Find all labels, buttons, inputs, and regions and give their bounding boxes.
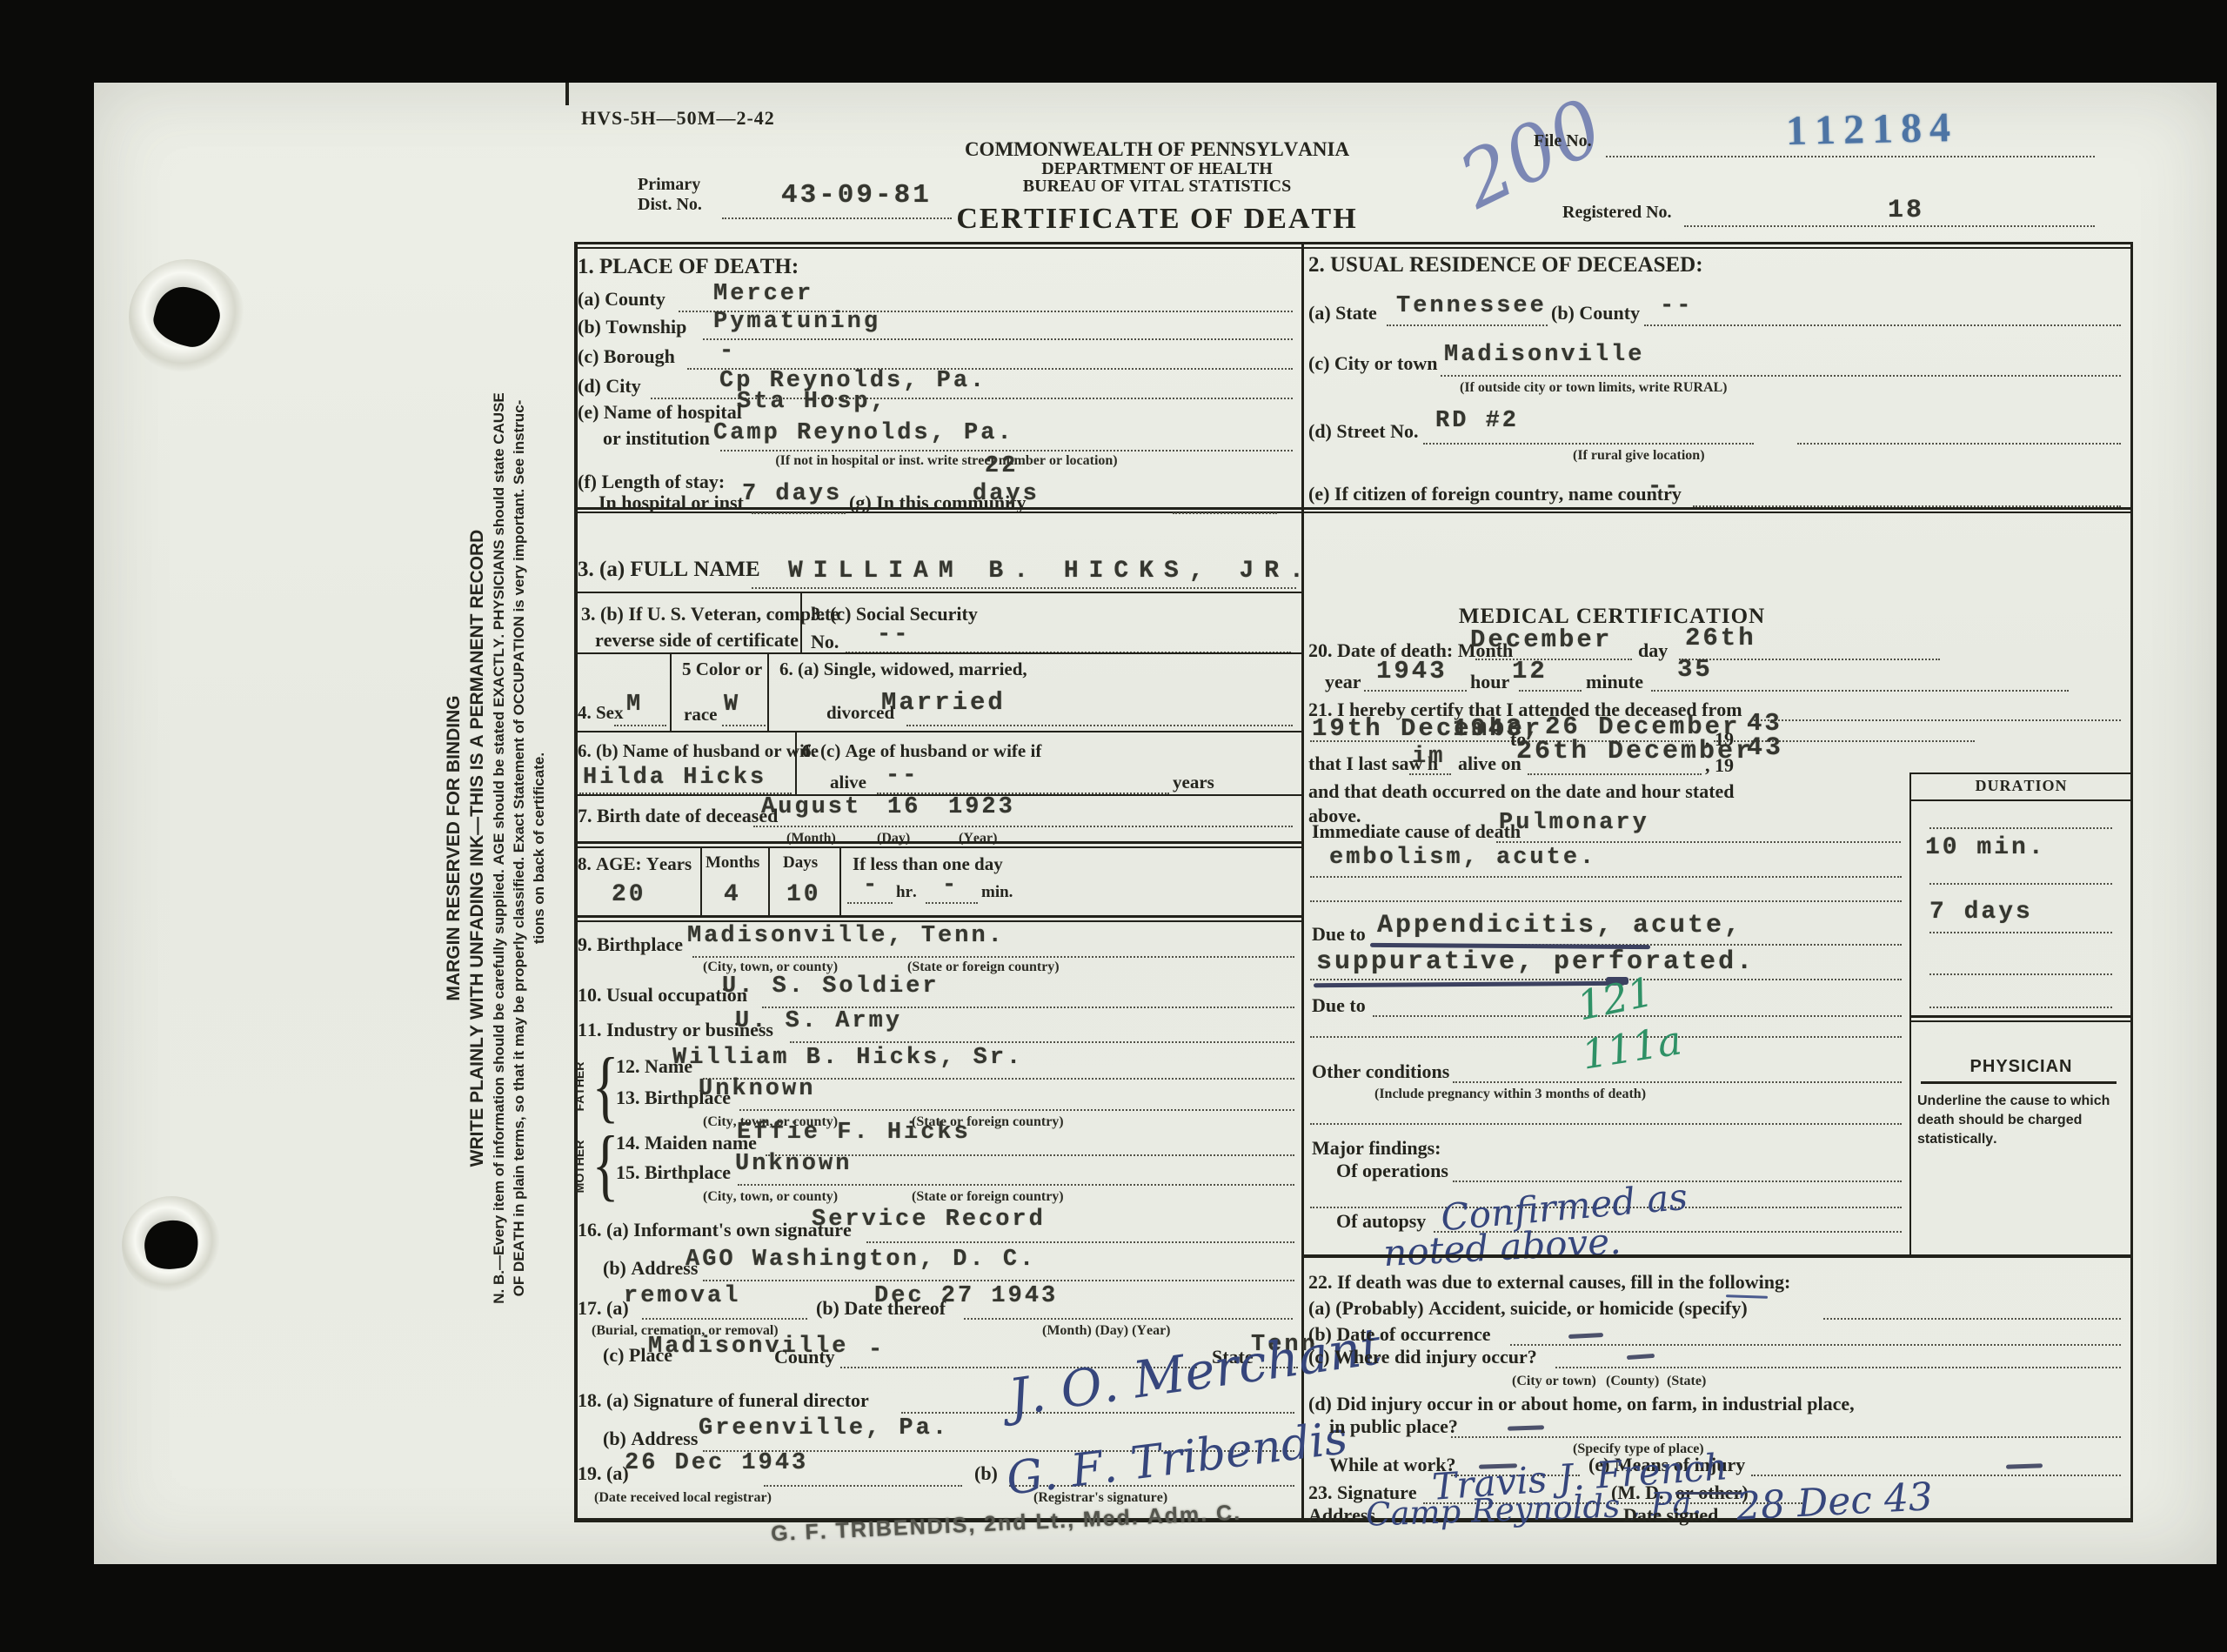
place-stay-label: (f) Length of stay: [578, 471, 725, 493]
med-death-year: 1943 [1376, 657, 1448, 686]
marital-label-1: 6. (a) Single, widowed, married, [779, 659, 1027, 680]
rule [574, 731, 1301, 732]
pen-dash [1568, 1333, 1603, 1339]
rule [1909, 1015, 2133, 1018]
rule [866, 1241, 1294, 1243]
mother-side-label: MOTHER [572, 1132, 586, 1201]
rule [1693, 505, 2121, 507]
residence-street-value: RD #2 [1435, 408, 1519, 434]
external-c-note-1: (City or town) [1512, 1374, 1596, 1389]
certificate-title: CERTIFICATE OF DEATH [887, 203, 1427, 236]
rule [2130, 242, 2133, 1522]
form-code: HVS-5H—50M—2-42 [581, 107, 775, 130]
age-hr-dash: - [863, 873, 879, 899]
director-address-label: (b) Address [603, 1428, 698, 1450]
rule [839, 848, 841, 915]
disposal-county-label: County [774, 1346, 835, 1368]
place-township-label: (b) Township [578, 316, 686, 338]
rule [738, 1184, 1294, 1186]
physician-note: Underline the cause to which death shoul… [1917, 1092, 2128, 1149]
age-months-label: Months [706, 853, 759, 873]
immediate-cause-label: Immediate cause of death [1312, 820, 1521, 843]
registrar-name-stamp: G. F. TRIBENDIS, 2nd Lt., Med. Adm. C. [771, 1501, 1242, 1548]
rule [739, 1109, 1294, 1111]
birthplace-label: 9. Birthplace [578, 933, 683, 956]
rule [700, 848, 702, 915]
rule [1441, 375, 2121, 377]
place-title: 1. PLACE OF DEATH: [578, 255, 799, 279]
rule [574, 242, 578, 1522]
rule [768, 848, 770, 915]
other-conditions-label: Other conditions [1312, 1060, 1449, 1083]
external-title: 22. If death was due to external causes,… [1308, 1271, 1790, 1294]
due-to-2-label: Due to [1312, 994, 1366, 1017]
registrar-date-label: 19. (a) [578, 1462, 629, 1485]
immediate-cause-value-1: Pulmonary [1499, 810, 1649, 836]
rule [574, 652, 1301, 654]
race-value: W [724, 692, 740, 718]
fullname-value: WILLIAM B. HICKS, JR. [788, 558, 1314, 585]
duration-immediate: 10 min. [1925, 834, 2046, 861]
autopsy-label: Of autopsy [1336, 1210, 1426, 1233]
rule [1173, 512, 1277, 514]
rule [1451, 1436, 2121, 1438]
rule [795, 732, 797, 794]
place-hospital-value2: Camp Reynolds, Pa. [713, 420, 1014, 446]
rule [1751, 719, 2121, 721]
rule [964, 1318, 1293, 1320]
birthdate-label: 7. Birth date of deceased [578, 805, 778, 827]
rule [1921, 1081, 2117, 1084]
med-day-label: day [1638, 639, 1668, 662]
med-death-hour: 12 [1512, 657, 1548, 686]
industry-value: U. S. Army [735, 1008, 902, 1034]
duration-header: DURATION [1909, 777, 2133, 795]
rule [670, 654, 672, 732]
registered-no-label: Registered No. [1562, 203, 1672, 223]
margin-line: WRITE PLAINLY WITH UNFADING INK—THIS IS … [465, 126, 489, 1570]
race-label-1: 5 Color or [682, 659, 762, 680]
med-year-label: year [1325, 671, 1361, 693]
father-birthplace-value: Unknown [699, 1076, 815, 1102]
rule [1929, 883, 2112, 885]
rule [574, 846, 1301, 848]
pen-dash [1508, 1425, 1544, 1430]
rule [1909, 772, 2133, 774]
rule [1823, 1318, 2121, 1320]
place-community-unit: days [973, 481, 1040, 507]
race-label-2: race [684, 704, 717, 726]
rule [1606, 156, 2095, 157]
margin-line: N. B.—Every item of information should b… [489, 126, 509, 1570]
rule [703, 338, 1293, 340]
rule [1751, 1475, 2121, 1476]
due-to-1-label: Due to [1312, 923, 1366, 946]
place-community-num: 22 [985, 453, 1018, 479]
scanned-death-certificate: MARGIN RESERVED FOR BINDING WRITE PLAINL… [0, 0, 2227, 1652]
rule [1496, 841, 1901, 843]
med-occurred-line: and that death occurred on the date and … [1308, 780, 1735, 803]
rule [1387, 324, 1548, 326]
med-saw-label-2: alive on [1458, 752, 1521, 775]
disposal-a-value: removal [624, 1283, 740, 1309]
rule [1644, 324, 2121, 326]
margin-line: MARGIN RESERVED FOR BINDING [442, 126, 465, 1570]
father-name-value: William B. Hicks, Sr. [672, 1045, 1023, 1071]
rule [692, 956, 1294, 958]
disposal-county-dash: - [868, 1337, 885, 1363]
rule [752, 512, 846, 514]
residence-county-label: (b) County [1551, 302, 1640, 324]
place-borough-value: - [719, 338, 736, 365]
age-min-dash: - [942, 873, 959, 899]
med-death-minute: 35 [1677, 655, 1713, 684]
rule [614, 725, 666, 726]
mother-birthplace-label: 15. Birthplace [616, 1161, 731, 1184]
rule [767, 654, 769, 732]
rule [574, 507, 2133, 510]
med-saw-year: 43 [1747, 733, 1783, 763]
rule [1929, 932, 2112, 933]
external-d-label-2: in public place? [1329, 1415, 1458, 1438]
residence-state-label: (a) State [1308, 302, 1377, 324]
informant-address-label: (b) Address [603, 1257, 698, 1280]
rule [1929, 1007, 2112, 1008]
spouse-age-value: -- [886, 763, 919, 789]
rule [1453, 1081, 1902, 1083]
disposal-a-label: 17. (a) [578, 1297, 629, 1320]
birthdate-year: 1923 [948, 794, 1015, 820]
age-months: 4 [724, 881, 741, 908]
rule [1909, 799, 2133, 801]
med-saw-him: im [1412, 744, 1445, 770]
informant-signature-label: 16. (a) Informant's own signature [578, 1219, 852, 1241]
ssn-label-2: No. [811, 631, 839, 653]
spouse-value: Hilda Hicks [583, 765, 766, 791]
residence-city-note: (If outside city or town limits, write R… [1460, 380, 1728, 396]
external-c-note-2: (County) [1606, 1374, 1659, 1389]
rule [1423, 443, 1754, 445]
registered-no-value: 18 [1888, 196, 1924, 225]
age-days-label: Days [783, 853, 818, 873]
spouse-label: 6. (b) Name of husband or wife [578, 740, 819, 762]
due-to-1-value-b: suppurative, perforated. [1316, 947, 1755, 977]
rule [574, 592, 1301, 593]
file-no-label: File No. [1534, 131, 1592, 151]
rule [574, 247, 2133, 249]
registrar-sig-note: (Registrar's signature) [1033, 1490, 1167, 1506]
pen-dash [1627, 1354, 1655, 1360]
med-minute-label: minute [1586, 671, 1643, 693]
residence-street-label: (d) Street No. [1308, 420, 1418, 443]
birthplace-value: Madisonville, Tenn. [687, 923, 1005, 949]
rule [703, 1280, 1294, 1281]
rule [1301, 1254, 2133, 1258]
med-death-day: 26th [1685, 624, 1756, 652]
veteran-label-2: reverse side of certificate [595, 629, 799, 652]
residence-city-label: (c) City or town [1308, 352, 1437, 375]
duration-due1: 7 days [1929, 899, 2033, 926]
age-min-label: min. [981, 883, 1013, 902]
rule [574, 841, 1301, 844]
marital-value: Married [881, 688, 1006, 717]
informant-signature-value: Service Record [812, 1207, 1046, 1233]
rule [574, 794, 1301, 796]
mother-brace: { [592, 1118, 619, 1210]
sex-value: M [626, 692, 643, 718]
margin-line: tions on back of certificate. [529, 126, 549, 1570]
margin-line: OF DEATH in plain terms, so that it may … [509, 126, 529, 1570]
place-stay-hosp-label: In hospital or inst [599, 492, 744, 514]
rule [1310, 900, 1902, 902]
rule [1510, 1344, 2121, 1346]
dist-no-label: Dist. No. [638, 195, 702, 215]
mother-name-value: Effie F. Hicks [737, 1120, 971, 1146]
place-hospital-label2: or institution [603, 427, 710, 450]
place-county-label: (a) County [578, 288, 665, 311]
rule [1528, 773, 1702, 775]
mother-birthplace-value: Unknown [735, 1151, 852, 1177]
immediate-cause-value-2: embolism, acute. [1329, 845, 1596, 871]
rule [1519, 690, 1582, 692]
father-side-label: FATHER [572, 1052, 586, 1121]
residence-street-note: (If rural give location) [1573, 448, 1705, 464]
major-findings-label: Major findings: [1312, 1137, 1441, 1160]
fullname-label: 3. (a) FULL NAME [578, 558, 760, 582]
rule [1909, 1020, 2133, 1022]
mother-birthplace-note-1: (City, town, or county) [703, 1189, 838, 1205]
director-address-value: Greenville, Pa. [699, 1415, 949, 1441]
rule [720, 450, 1293, 451]
age-hr-label: hr. [896, 883, 917, 902]
place-borough-label: (c) Borough [578, 345, 675, 368]
certificate-paper: MARGIN RESERVED FOR BINDING WRITE PLAINL… [94, 83, 2217, 1564]
green-code-1: 121 [1573, 967, 1657, 1029]
director-signature-label: 18. (a) Signature of funeral director [578, 1389, 869, 1412]
rule [1555, 1367, 2121, 1368]
rule [1929, 973, 2112, 975]
registrar-sig-label: (b) [974, 1462, 998, 1485]
rule [906, 725, 1293, 726]
disposal-date-value: Dec 27 1943 [874, 1283, 1058, 1309]
rule [1684, 225, 2095, 227]
birthdate-note-month: (Month) [786, 831, 836, 846]
bureau-line: BUREAU OF VITAL STATISTICS [913, 177, 1401, 197]
birthdate-day: 16 [887, 794, 920, 820]
age-label: 8. AGE: Years [578, 853, 692, 875]
med-death-month: December [1470, 625, 1612, 654]
primary-label: Primary [638, 175, 700, 195]
rule [764, 1485, 962, 1487]
residence-title: 2. USUAL RESIDENCE OF DECEASED: [1308, 253, 1703, 278]
file-no-value: 112184 [1785, 104, 1958, 155]
cert-date-label: Date signed [1623, 1504, 1718, 1527]
rule [753, 826, 1293, 827]
age-days: 10 [786, 881, 821, 908]
rule [1651, 690, 2069, 692]
place-county-value: Mercer [713, 281, 813, 307]
external-c-label: (c) Where did injury occur? [1308, 1346, 1537, 1368]
rule [642, 1318, 807, 1320]
edge-mark [565, 83, 569, 105]
disposal-date-note: (Month) (Day) (Year) [1042, 1323, 1171, 1339]
age-years: 20 [612, 881, 646, 908]
rule [790, 1041, 1294, 1043]
external-b-label: (b) Date of occurrence [1308, 1323, 1491, 1346]
physician-header: PHYSICIAN [1909, 1057, 2133, 1077]
med-hour-label: hour [1470, 671, 1509, 693]
place-stay-hosp-value: 7 days [742, 481, 842, 507]
spouse-age-unit: years [1173, 772, 1214, 793]
occupation-value: U. S. Soldier [722, 973, 940, 1000]
rule [574, 920, 1301, 922]
rule [1679, 659, 1940, 660]
rule [800, 593, 802, 652]
registrar-date-note: (Date received local registrar) [594, 1490, 772, 1506]
commonwealth-line: COMMONWEALTH OF PENNSYLVANIA [913, 138, 1401, 161]
ssn-value: -- [877, 622, 910, 648]
residence-foreign-value: -- [1648, 474, 1681, 500]
rule [1409, 773, 1451, 775]
rule [847, 902, 893, 904]
rule [722, 725, 766, 726]
rule [574, 915, 1301, 918]
place-hospital-value1: Sta Hosp, [737, 389, 887, 415]
spouse-age-label-1: 6. (c) Age of husband or wife if [802, 740, 1041, 762]
operations-label: Of operations [1336, 1160, 1448, 1182]
due-to-1-value-a: Appendicitis, acute, [1377, 911, 1742, 940]
external-c-note-3: (State) [1667, 1374, 1706, 1389]
rule [926, 902, 978, 904]
med-19-label-b: , 19 [1705, 754, 1734, 777]
residence-county-value: -- [1660, 293, 1693, 319]
binding-margin-text: MARGIN RESERVED FOR BINDING WRITE PLAINL… [442, 117, 572, 1562]
informant-address-value: AGO Washington, D. C. [685, 1247, 1036, 1273]
pen-dash [2006, 1463, 2043, 1468]
mother-birthplace-note-2: (State or foreign country) [912, 1189, 1064, 1205]
residence-state-value: Tennessee [1396, 293, 1547, 319]
rule [1310, 876, 1902, 878]
rule [1310, 1123, 1902, 1125]
residence-foreign-label: (e) If citizen of foreign country, name … [1308, 483, 1682, 505]
registrar-date-value: 26 Dec 1943 [625, 1450, 808, 1476]
other-conditions-note: (Include pregnancy within 3 months of de… [1374, 1087, 1646, 1102]
birthdate-note-year: (Year) [959, 831, 997, 846]
rule [1364, 690, 1467, 692]
spouse-age-label-2: alive [830, 772, 866, 793]
rule [1929, 827, 2112, 829]
residence-city-value: Madisonville [1444, 342, 1644, 368]
rule [1475, 659, 1632, 660]
place-hospital-note: (If not in hospital or inst. write stree… [616, 453, 1277, 469]
external-d-label-1: (d) Did injury occur in or about home, o… [1308, 1393, 1855, 1415]
rule [1797, 443, 2121, 445]
place-city-label: (d) City [578, 375, 641, 398]
sex-label: 4. Sex [578, 702, 624, 724]
external-a-label: (a) (Probably) Accident, suicide, or hom… [1308, 1297, 1748, 1320]
birthdate-month: August [761, 794, 861, 820]
rule [574, 242, 2133, 244]
birthdate-note-day: (Day) [877, 831, 910, 846]
place-township-value: Pymatuning [713, 309, 880, 335]
rule [752, 587, 1296, 589]
